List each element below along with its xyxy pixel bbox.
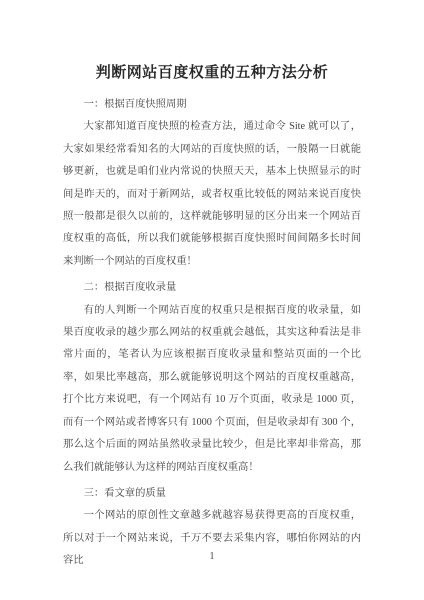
section-1-heading: 一：根据百度快照周期 [63,94,361,116]
document-title: 判断网站百度权重的五种方法分析 [0,63,424,83]
document-page: 判断网站百度权重的五种方法分析 一：根据百度快照周期 大家都知道百度快照的检查方… [0,0,424,600]
section-3-heading: 三：看文章的质量 [63,483,361,505]
section-2-paragraph: 有的人判断一个网站百度的权重只是根据百度的收录量，如果百度收录的越少那么网站的权… [63,300,361,479]
section-1-paragraph: 大家都知道百度快照的检查方法，通过命令 Site 就可以了，大家如果经常看知名的… [63,116,361,273]
document-body: 一：根据百度快照周期 大家都知道百度快照的检查方法，通过命令 Site 就可以了… [63,94,361,573]
page-number: 1 [0,550,424,564]
section-2-heading: 二：根据百度收录量 [63,277,361,299]
